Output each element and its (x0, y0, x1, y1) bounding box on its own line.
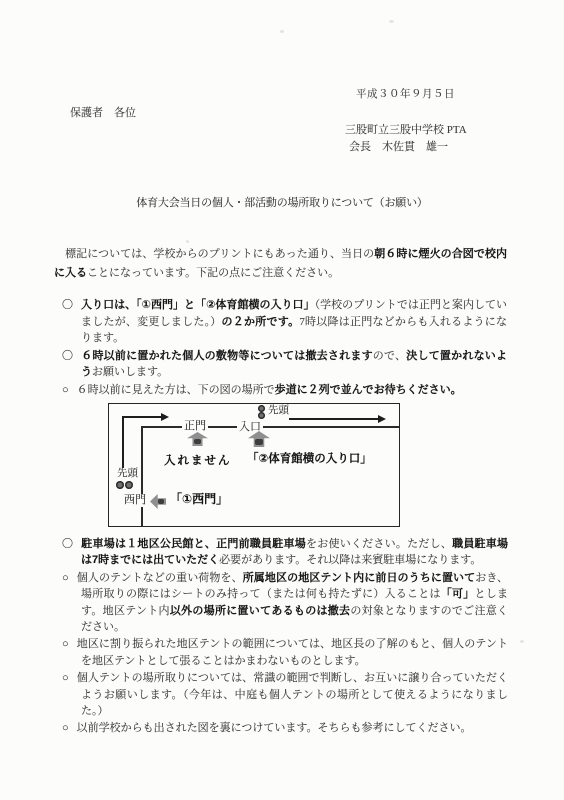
bullet-text: 個人のテントなどの重い荷物を、所属地区の地区テント内に前日のうちに置いておき、場… (77, 572, 508, 633)
recipient-line: 保護者 各位 (70, 106, 136, 120)
west-gate-arrow-icon (150, 494, 166, 509)
entrance-caption: 「②体育館横の入り口」 (247, 453, 372, 466)
queue-direction-arrow-icon (378, 415, 386, 423)
bullet-reference-map: ○以前学校からも出された図を裏につけています。そちらも参考にしてください。 (62, 720, 508, 736)
scan-noise (389, 20, 394, 23)
arrow-core (158, 499, 164, 504)
bullet-marker: 〇 (62, 538, 73, 550)
bullet-marker: 〇 (62, 299, 73, 311)
intro-paragraph: 標記については、学校からのプリントにもあった通り、当日の朝６時に煙火の合図で校内… (54, 245, 507, 282)
bullet-marker: ○ (62, 672, 69, 684)
bullet-text: 入り口は、「①西門」と「②体育館横の入り口」（学校のプリントでは正門と案内してい… (81, 299, 507, 344)
bullet-marker: ○ (62, 722, 69, 734)
bullet-entrances: 〇入り口は、「①西門」と「②体育館横の入り口」（学校のプリントでは正門と案内して… (62, 297, 507, 347)
bullet-list-top: 〇入り口は、「①西門」と「②体育館横の入り口」（学校のプリントでは正門と案内して… (62, 297, 507, 399)
school-boundary-line-vertical (141, 426, 143, 526)
date-line: 平成３０年９月５日 (356, 88, 455, 102)
no-entry-caption: 入れません (164, 455, 232, 468)
bullet-text: 個人テントの場所取りについては、常識の範囲で判断し、お互いに譲り合っていただくよ… (77, 672, 508, 717)
bullet-no-early-mats: 〇６時以前に置かれた個人の敷物等については撤去されますので、決して置かれないよう… (62, 348, 507, 381)
bullet-text: 以前学校からも出された図を裏につけています。そちらも参考にしてください。 (77, 722, 472, 734)
arrow-core (255, 439, 263, 445)
bullet-personal-tent-manner: ○個人テントの場所取りについては、常識の範囲で判断し、お互いに譲り合っていただく… (62, 670, 508, 719)
bullet-tent-luggage: ○個人のテントなどの重い荷物を、所属地区の地区テント内に前日のうちに置いておき、… (62, 570, 508, 636)
queue-route-line-left (122, 416, 124, 468)
school-boundary-line-horizontal (141, 426, 399, 428)
scanned-notice-page: 平成３０年９月５日 保護者 各位 三股町立三股中学校 PTA 会長 木佐貫 雄一… (0, 0, 564, 800)
bullet-marker: ○ (62, 572, 69, 584)
bullet-marker: ○ (62, 384, 69, 396)
bullet-text: ６時以前に見えた方は、下の図の場所で歩道に２列で並んでお待ちください。 (77, 384, 462, 396)
scan-noise (280, 30, 284, 33)
queue-people-icon (258, 412, 265, 419)
scan-noise (520, 640, 524, 643)
queue-route-line-left-top (122, 416, 162, 418)
main-gate-label: 正門 (182, 420, 208, 433)
document-title: 体育大会当日の個人・部活動の場所取りについて（お願い） (0, 194, 564, 210)
main-gate-arrow-icon (187, 432, 208, 446)
bullet-text: 駐車場は１地区公民館と、正門前職員駐車場をお使いください。ただし、職員駐車場は7… (81, 538, 508, 566)
queue-route-line-top (289, 418, 379, 420)
west-gate-caption: 「①西門」 (170, 493, 228, 506)
route-figure: 正門 入口 先頭 入れません 「②体育館横の入り口」 先頭 西門 「①西門」 (108, 403, 400, 527)
queue-direction-arrow-icon (161, 413, 169, 421)
scan-noise (186, 240, 189, 243)
bullet-list-bottom: 〇駐車場は１地区公民館と、正門前職員駐車場をお使いください。ただし、職員駐車場は… (62, 536, 508, 738)
bullet-text: ６時以前に置かれた個人の敷物等については撤去されますので、決して置かれないようお… (81, 350, 507, 379)
arrow-core (194, 439, 201, 444)
bullet-text: 地区に割り振られた地区テントの範囲については、地区長の了解のもと、個人のテントを… (77, 638, 508, 666)
bullet-marker: 〇 (62, 350, 73, 362)
bullet-district-tent-range: ○地区に割り振られた地区テントの範囲については、地区長の了解のもと、個人のテント… (62, 636, 508, 669)
bullet-marker: ○ (62, 638, 69, 650)
bullet-parking: 〇駐車場は１地区公民館と、正門前職員駐車場をお使いください。ただし、職員駐車場は… (62, 536, 508, 569)
queue-people-icon (125, 481, 133, 489)
sender-name-line: 会長 木佐貫 雄一 (349, 140, 448, 154)
queue-head-top-label: 先頭 (267, 405, 290, 417)
sender-org-line: 三股町立三股中学校 PTA (345, 123, 467, 137)
queue-people-icon (116, 481, 124, 489)
west-gate-label: 西門 (122, 494, 148, 507)
queue-people-icon (258, 405, 265, 412)
bullet-queue-in-two-lines: ○６時以前に見えた方は、下の図の場所で歩道に２列で並んでお待ちください。 (62, 382, 507, 399)
queue-head-left-label: 先頭 (116, 468, 139, 480)
